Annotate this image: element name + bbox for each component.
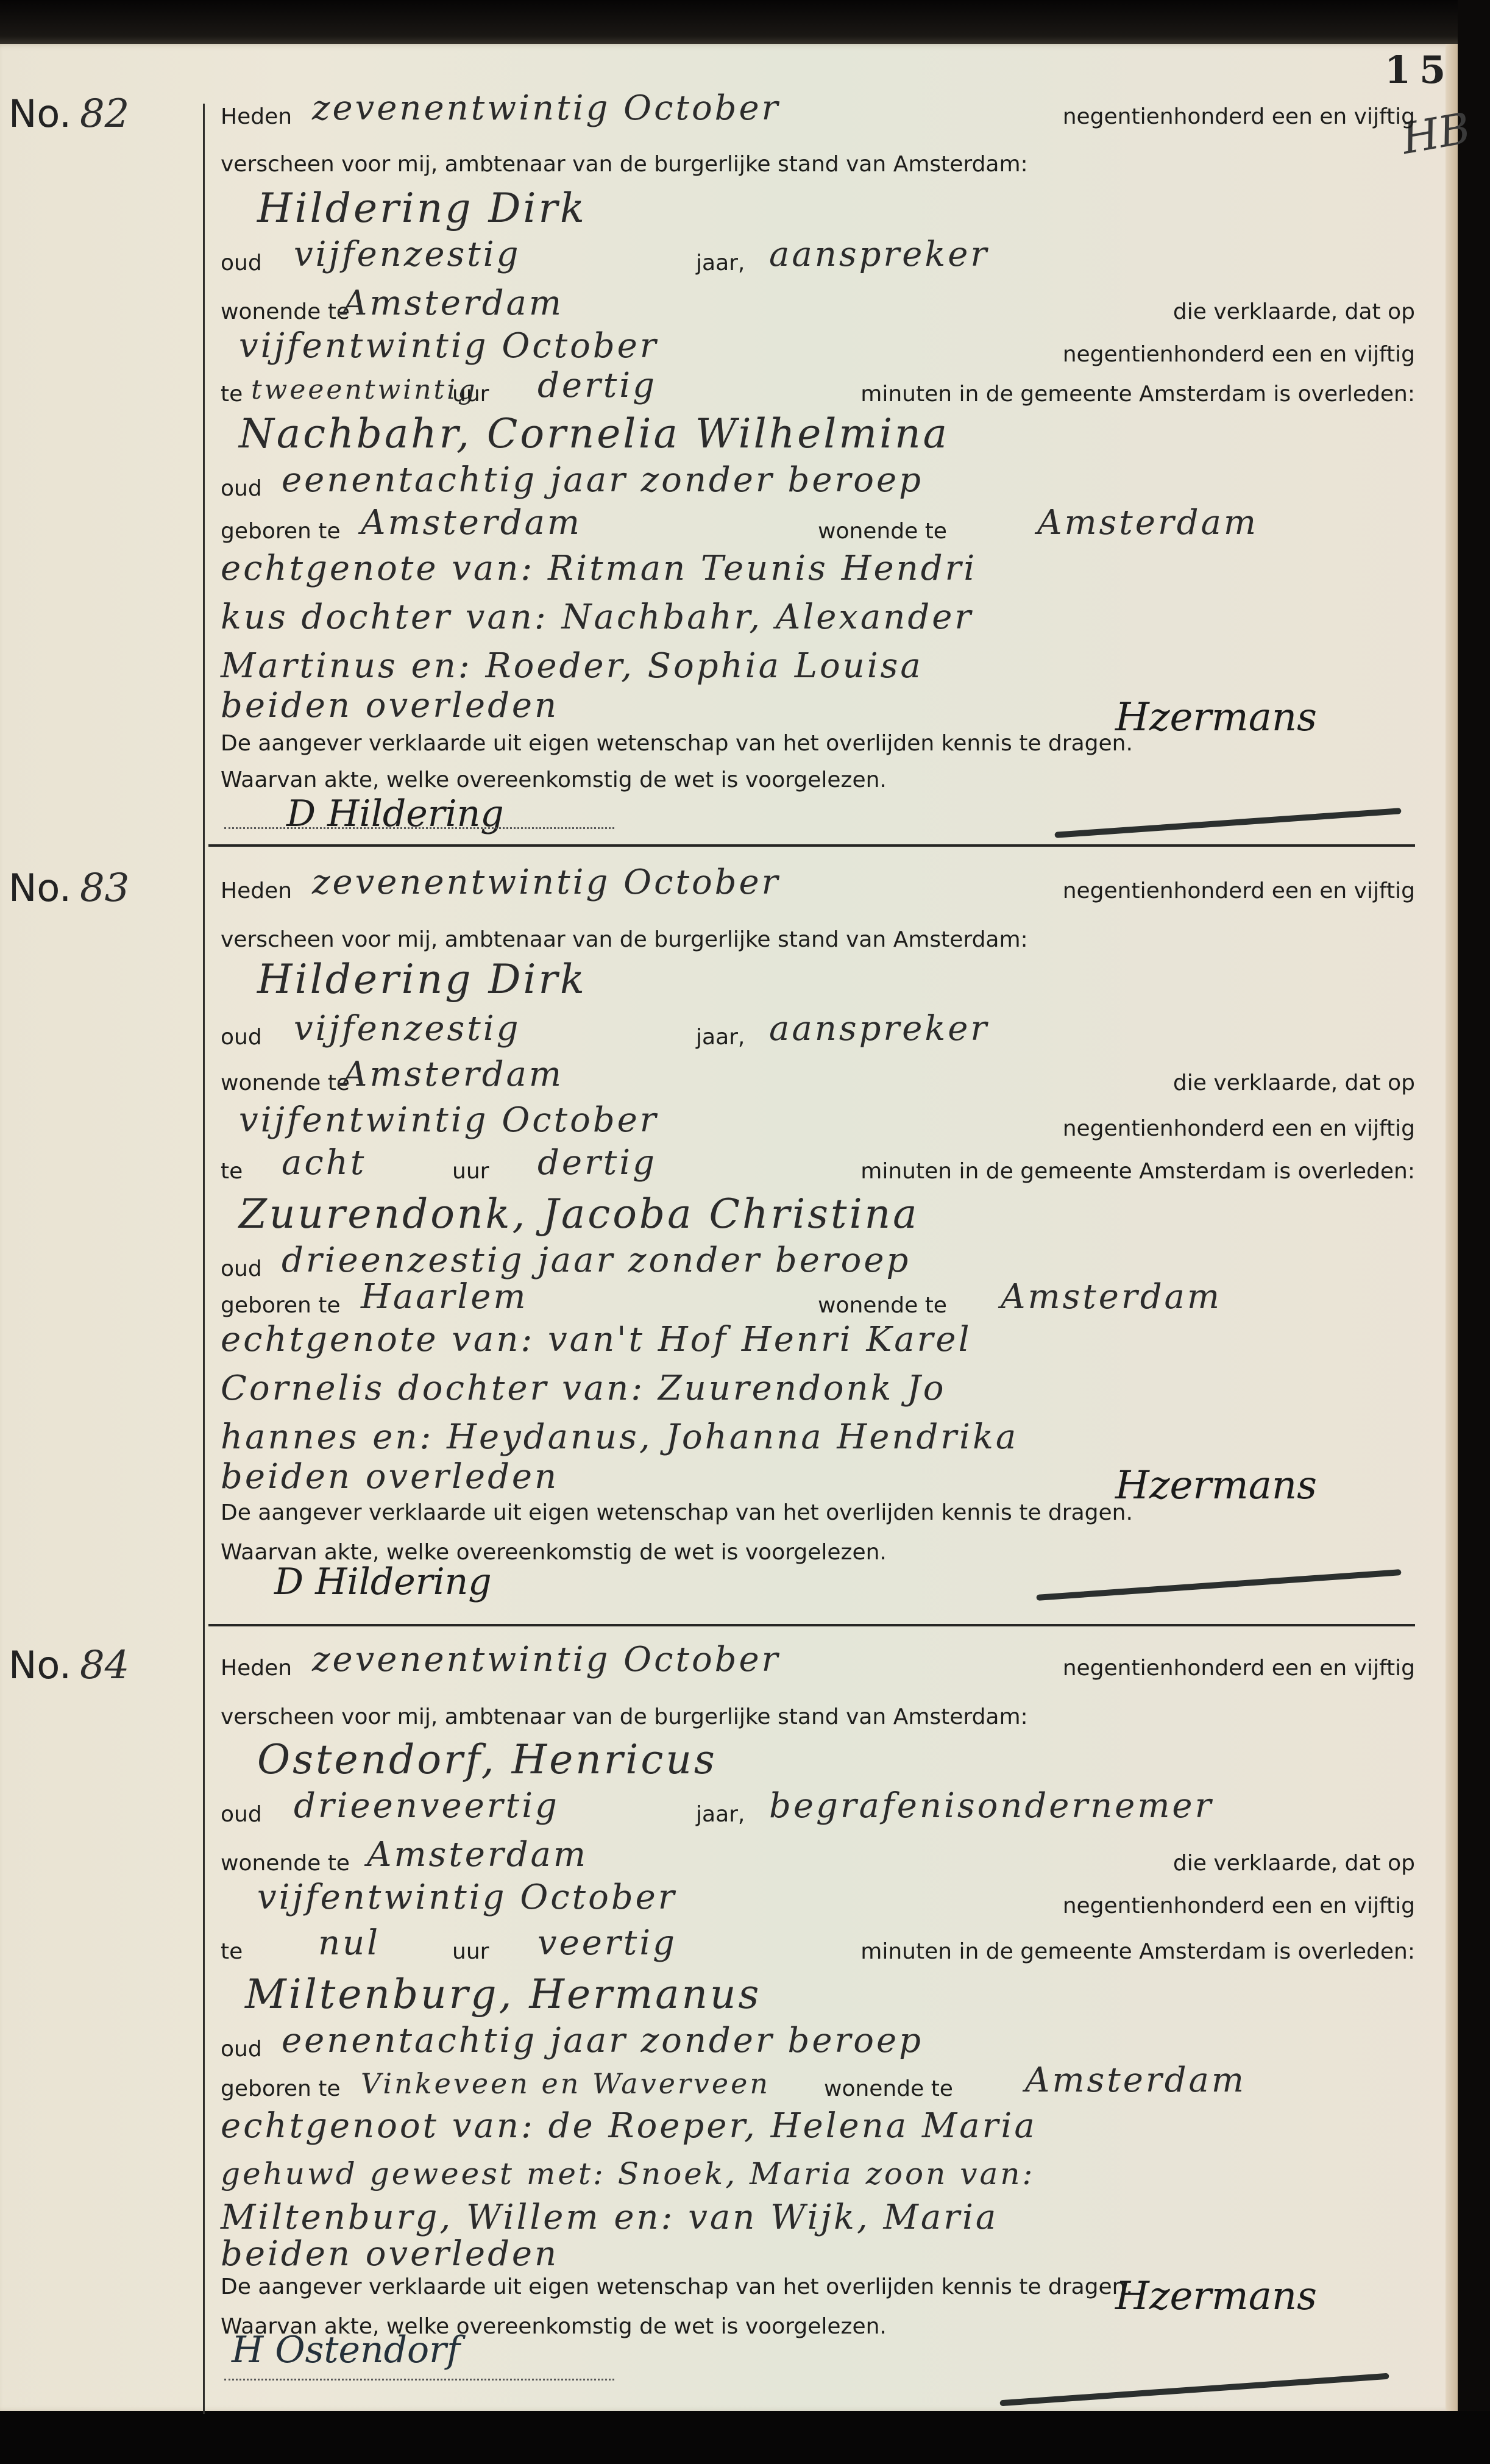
uur-label: uur — [452, 1159, 489, 1184]
parent-relation: Cornelis dochter van: Zuurendonk Jo — [221, 1369, 946, 1408]
informant-name-line: Hildering Dirk — [221, 183, 1415, 238]
informant-age: vijfenzestig — [294, 235, 521, 274]
death-minutes: dertig — [537, 1143, 657, 1183]
date-line: Heden zevenentwintig October negentienho… — [221, 91, 1415, 134]
informant-age-line: oud vijfenzestig jaar, aanspreker — [221, 238, 1415, 280]
informant-name: Hildering Dirk — [257, 956, 587, 1003]
page-edge — [1446, 44, 1458, 2412]
birth-residence-line: geboren te Vinkeveen en Waverveen wonend… — [221, 2063, 1415, 2106]
registration-date: zevenentwintig October — [312, 1640, 780, 1679]
appearance-line: verscheen voor mij, ambtenaar van de bur… — [221, 914, 1415, 957]
closing-line: Waarvan akte, welke overeenkomstig de we… — [221, 755, 1415, 797]
informant-name-line: Ostendorf, Henricus — [221, 1734, 1415, 1789]
record-number-value: 84 — [80, 1643, 129, 1688]
informant-age: vijfenzestig — [294, 1009, 521, 1049]
birthplace: Vinkeveen en Waverveen — [361, 2067, 770, 2100]
margin-rule — [203, 104, 205, 2414]
registration-date: zevenentwintig October — [312, 863, 780, 902]
te-label: te — [221, 1939, 243, 1964]
informant-occupation: begrafenisondernemer — [769, 1786, 1213, 1826]
deceased-name-line: Nachbahr, Cornelia Wilhelmina — [221, 402, 1415, 463]
wonende-label: wonende te — [818, 1293, 947, 1318]
oud-label: oud — [221, 1802, 262, 1827]
birthplace: Amsterdam — [361, 503, 582, 543]
verklaarde-label: die verklaarde, dat op — [1173, 1851, 1415, 1876]
previous-spouse-relation: gehuwd geweest met: Snoek, Maria zoon va… — [221, 2156, 1035, 2192]
record-number: No.82 — [9, 91, 129, 137]
death-hour: acht — [282, 1143, 366, 1183]
death-date-line: vijfentwintig October negentienhonderd e… — [221, 1103, 1415, 1146]
record-number-value: 83 — [80, 866, 129, 911]
deceased-residence: Amsterdam — [1001, 1277, 1222, 1317]
jaar-label: jaar, — [696, 1025, 745, 1050]
official-signature: Hzermans — [1115, 695, 1317, 740]
year-label: negentienhonderd een en vijftig — [1063, 1893, 1415, 1918]
deceased-age: eenentachtig jaar zonder beroep — [282, 460, 923, 500]
informant-age-line: oud vijfenzestig jaar, aanspreker — [221, 1012, 1415, 1055]
parent-relation: kus dochter van: Nachbahr, Alexander — [221, 597, 973, 637]
minuten-label: minuten in de gemeente Amsterdam is over… — [860, 1939, 1415, 1964]
death-date-line: vijfentwintig October negentienhonderd e… — [221, 329, 1415, 372]
parent-relation: Miltenburg, Willem en: van Wijk, Maria — [221, 2198, 998, 2237]
jaar-label: jaar, — [696, 251, 745, 276]
geboren-label: geboren te — [221, 1293, 341, 1318]
relation-line: gehuwd geweest met: Snoek, Maria zoon va… — [221, 2155, 1415, 2198]
book-cover-bottom — [0, 2411, 1490, 2464]
geboren-label: geboren te — [221, 519, 341, 544]
wonende-label: wonende te — [824, 2076, 953, 2101]
aangever-label: De aangever verklaarde uit eigen wetensc… — [221, 731, 1133, 756]
official-signature: Hzermans — [1115, 2274, 1317, 2319]
heden-label: Heden — [221, 878, 292, 903]
oud-label: oud — [221, 1256, 262, 1281]
deceased-residence: Amsterdam — [1037, 503, 1258, 543]
relation-line: echtgenoot van: de Roeper, Helena Maria — [221, 2109, 1415, 2152]
date-line: Heden zevenentwintig October negentienho… — [221, 1643, 1415, 1686]
verklaarde-label: die verklaarde, dat op — [1173, 1070, 1415, 1095]
uur-label: uur — [452, 1939, 489, 1964]
deceased-name: Nachbahr, Cornelia Wilhelmina — [239, 410, 949, 457]
oud-label: oud — [221, 2037, 262, 2062]
informant-occupation: aanspreker — [769, 235, 989, 274]
deceased-residence: Amsterdam — [1025, 2060, 1246, 2100]
informant-residence-line: wonende te Amsterdam die verklaarde, dat… — [221, 1058, 1415, 1100]
parent-relation: hannes en: Heydanus, Johanna Hendrika — [221, 1417, 1018, 1457]
deceased-name-line: Zuurendonk, Jacoba Christina — [221, 1183, 1415, 1244]
book-cover-right — [1458, 0, 1490, 2464]
spouse-relation: echtgenote van: Ritman Teunis Hendri — [221, 549, 977, 588]
death-minutes: veertig — [537, 1923, 677, 1963]
informant-signature: H Ostendorf — [232, 2329, 460, 2371]
death-date: vijfentwintig October — [257, 1878, 677, 1917]
official-signature: Hzermans — [1115, 1463, 1317, 1508]
minuten-label: minuten in de gemeente Amsterdam is over… — [860, 1159, 1415, 1184]
page-number: 15 — [1385, 48, 1454, 92]
death-minutes: dertig — [537, 366, 657, 405]
oud-label: oud — [221, 1025, 262, 1050]
year-label: negentienhonderd een en vijftig — [1063, 878, 1415, 903]
informant-name-line: Hildering Dirk — [221, 954, 1415, 1009]
informant-residence-line: wonende te Amsterdam die verklaarde, dat… — [221, 1838, 1415, 1881]
aangever-label: De aangever verklaarde uit eigen wetensc… — [221, 2274, 1133, 2299]
registration-date: zevenentwintig October — [312, 88, 780, 128]
death-date: vijfentwintig October — [239, 326, 659, 366]
heden-label: Heden — [221, 104, 292, 129]
informant-occupation: aanspreker — [769, 1009, 989, 1049]
year-label: negentienhonderd een en vijftig — [1063, 1116, 1415, 1141]
informant-residence: Amsterdam — [367, 1835, 588, 1875]
jaar-label: jaar, — [696, 1802, 745, 1827]
date-line: Heden zevenentwintig October negentienho… — [221, 866, 1415, 908]
te-label: te — [221, 1159, 243, 1184]
death-date: vijfentwintig October — [239, 1100, 659, 1140]
geboren-label: geboren te — [221, 2076, 341, 2101]
verscheen-label: verscheen voor mij, ambtenaar van de bur… — [221, 1704, 1028, 1729]
entry-separator — [208, 844, 1415, 847]
deceased-name: Zuurendonk, Jacoba Christina — [239, 1191, 920, 1237]
aangever-label: De aangever verklaarde uit eigen wetensc… — [221, 1500, 1133, 1525]
birth-residence-line: geboren te Amsterdam wonende te Amsterda… — [221, 506, 1415, 549]
oud-label: oud — [221, 476, 262, 501]
record-number: No.84 — [9, 1643, 129, 1688]
wonende-label: wonende te — [818, 519, 947, 544]
deceased-age: eenentachtig jaar zonder beroep — [282, 2021, 923, 2060]
informant-name: Ostendorf, Henricus — [257, 1736, 717, 1783]
deceased-name: Miltenburg, Hermanus — [245, 1971, 761, 2018]
oud-label: oud — [221, 251, 262, 276]
verscheen-label: verscheen voor mij, ambtenaar van de bur… — [221, 927, 1028, 952]
wonende-label: wonende te — [221, 1851, 350, 1876]
appearance-line: verscheen voor mij, ambtenaar van de bur… — [221, 139, 1415, 182]
informant-residence: Amsterdam — [342, 1055, 564, 1094]
heden-label: Heden — [221, 1656, 292, 1681]
signature-dotted-line — [224, 827, 614, 829]
informant-signature: D Hildering — [274, 1561, 492, 1603]
year-label: negentienhonderd een en vijftig — [1063, 104, 1415, 129]
relation-line: Cornelis dochter van: Zuurendonk Jo — [221, 1372, 1415, 1414]
record-number-value: 82 — [80, 91, 129, 137]
relation-line: kus dochter van: Nachbahr, Alexander — [221, 600, 1415, 643]
wonende-label: wonende te — [221, 1070, 350, 1095]
death-date-line: vijfentwintig October negentienhonderd e… — [221, 1881, 1415, 1923]
record-number: No.83 — [9, 866, 129, 911]
book-cover-top — [0, 0, 1490, 45]
informant-name: Hildering Dirk — [257, 185, 587, 232]
birthplace: Haarlem — [361, 1277, 528, 1317]
wonende-label: wonende te — [221, 299, 350, 324]
birth-residence-line: geboren te Haarlem wonende te Amsterdam — [221, 1280, 1415, 1323]
verklaarde-label: die verklaarde, dat op — [1173, 299, 1415, 324]
appearance-line: verscheen voor mij, ambtenaar van de bur… — [221, 1692, 1415, 1734]
no-label: No. — [9, 1643, 71, 1687]
informant-residence-line: wonende te Amsterdam die verklaarde, dat… — [221, 287, 1415, 329]
death-hour: nul — [318, 1923, 380, 1963]
informant-age-line: oud drieenveertig jaar, begrafenisondern… — [221, 1789, 1415, 1832]
relation-line: echtgenote van: Ritman Teunis Hendri — [221, 552, 1415, 594]
deceased-name-line: Miltenburg, Hermanus — [221, 1963, 1415, 2024]
death-hour: tweeentwintig — [251, 374, 477, 405]
parent-relation: Martinus en: Roeder, Sophia Louisa — [221, 646, 923, 686]
deceased-age-line: oud eenentachtig jaar zonder beroep — [221, 463, 1415, 506]
verscheen-label: verscheen voor mij, ambtenaar van de bur… — [221, 152, 1028, 177]
waarvan-label: Waarvan akte, welke overeenkomstig de we… — [221, 767, 887, 792]
spouse-relation: echtgenote van: van't Hof Henri Karel — [221, 1320, 971, 1359]
entry-separator — [208, 1624, 1415, 1626]
informant-residence: Amsterdam — [342, 283, 564, 323]
relation-line: echtgenote van: van't Hof Henri Karel — [221, 1323, 1415, 1366]
no-label: No. — [9, 91, 71, 136]
spouse-relation: echtgenoot van: de Roeper, Helena Maria — [221, 2106, 1037, 2146]
signature-dotted-line — [224, 2379, 614, 2380]
year-label: negentienhonderd een en vijftig — [1063, 342, 1415, 367]
year-label: negentienhonderd een en vijftig — [1063, 1656, 1415, 1681]
informant-age: drieenveertig — [294, 1786, 559, 1826]
deceased-age: drieenzestig jaar zonder beroep — [282, 1241, 910, 1280]
no-label: No. — [9, 866, 71, 910]
